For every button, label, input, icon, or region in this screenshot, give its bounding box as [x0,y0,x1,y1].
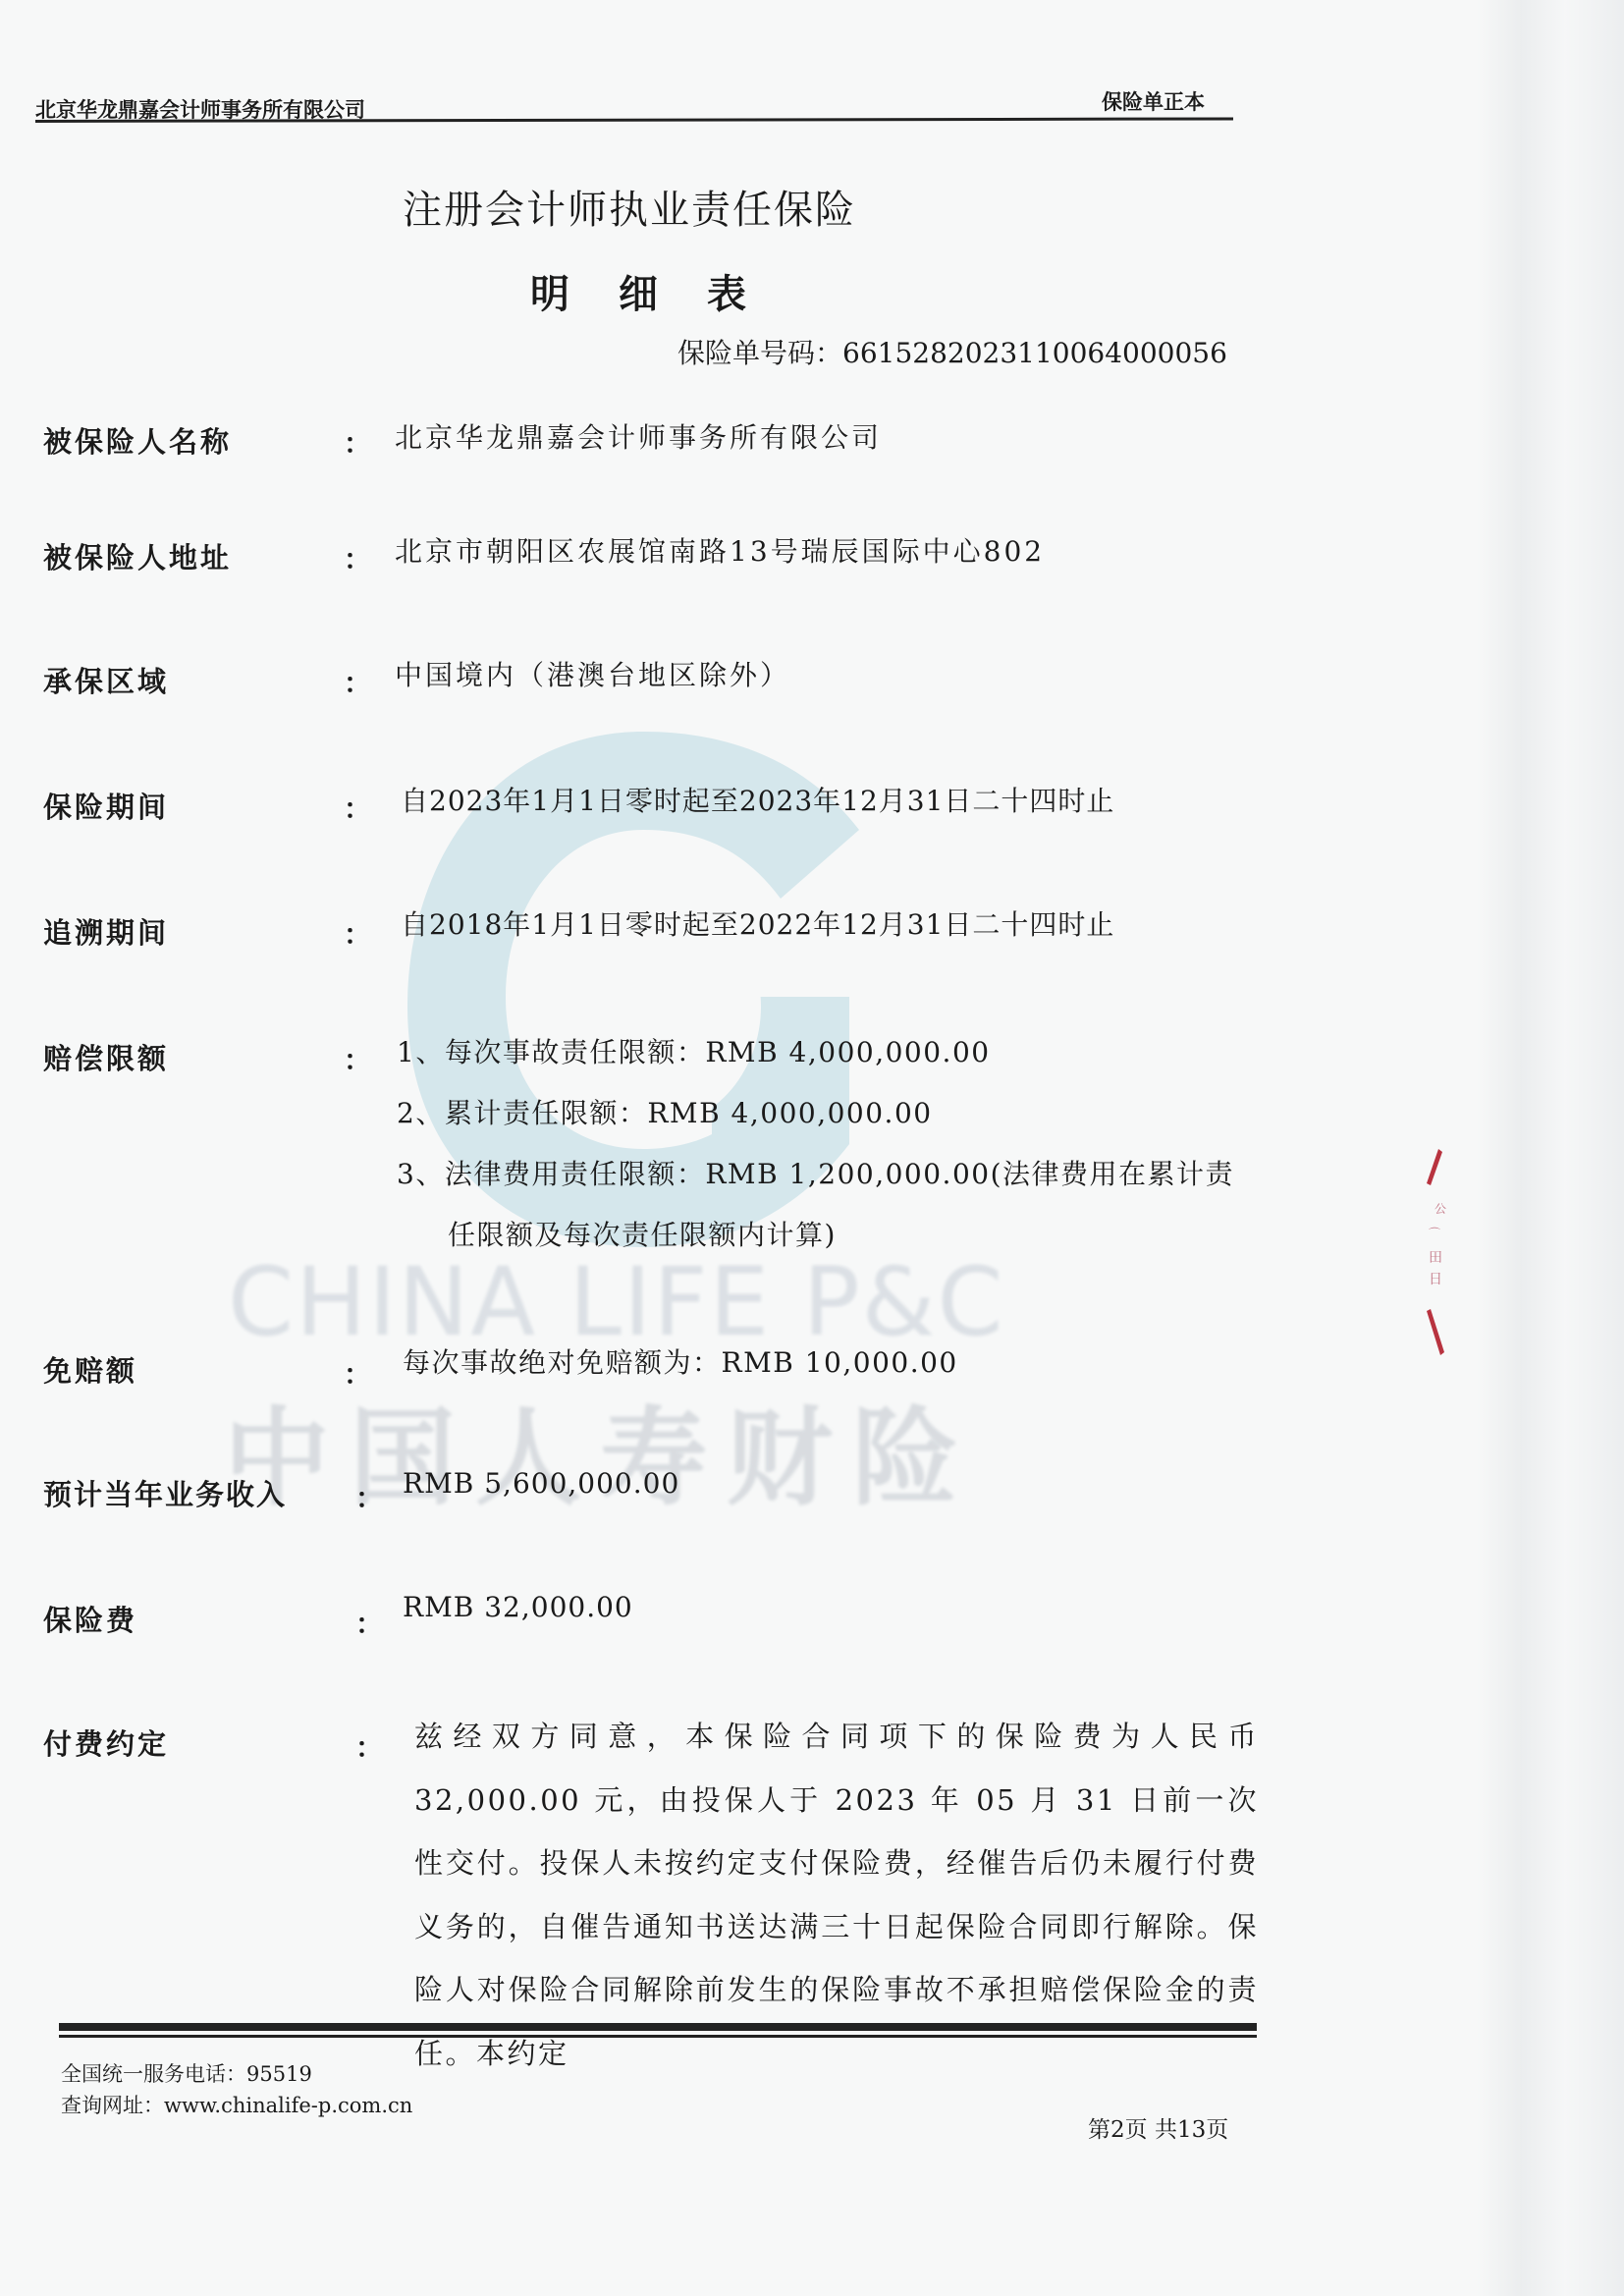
field-colon: ： [355,1477,383,1516]
policy-number-value: 6615282023110064000056 [842,337,1227,369]
field-value-insurance-period: 自2023年1月1日零时起至2023年12月31日二十四时止 [401,780,1114,819]
field-label-payment-terms: 付费约定 [43,1722,169,1763]
watermark-chinese: 中国人寿财险 [224,1373,978,1525]
field-value-premium: RMB 32,000.00 [403,1591,633,1623]
svg-text:⌒: ⌒ [1429,1227,1440,1240]
field-label-insured-address: 被保险人地址 [43,536,232,576]
field-label-insurance-period: 保险期间 [43,786,169,826]
field-label-retroactive-period: 追溯期间 [43,911,169,952]
page-number: 第2页 共13页 [1088,2111,1228,2144]
field-colon: ： [355,1603,383,1642]
field-value-insured-name: 北京华龙鼎嘉会计师事务所有限公司 [395,416,882,456]
field-label-insured-name: 被保险人名称 [43,420,232,461]
field-colon: ： [344,1039,371,1078]
document-subtitle: 明细表 [530,263,795,319]
footer-divider-thin [59,2035,1257,2038]
field-value-insured-address: 北京市朝阳区农展馆南路13号瑞辰国际中心802 [395,530,1045,570]
policy-number-line: 保险单号码：6615282023110064000056 [677,332,1227,371]
footer-website: 查询网址：www.chinalife-p.com.cn [61,2090,412,2119]
field-value-coverage-territory: 中国境内（港澳台地区除外） [395,654,790,693]
field-colon: ： [344,662,371,701]
field-value-estimated-revenue: RMB 5,600,000.00 [403,1467,679,1500]
policy-page: CHINA LIFE P&C 中国人寿财险 北京华龙鼎嘉会计师事务所有限公司 保… [0,0,1624,2296]
seam-seal-stamp-icon: 公 ⌒ 田 日 [1419,1144,1458,1360]
limit-line-per-claim: 1、每次事故责任限额：RMB 4,000,000.00 [397,1031,991,1070]
field-colon: ： [344,422,371,462]
field-label-coverage-territory: 承保区域 [43,660,169,700]
field-label-premium: 保险费 [43,1599,137,1639]
limit-line-legal-costs: 3、法律费用责任限额：RMB 1,200,000.00(法律费用在累计责 [397,1153,1234,1192]
field-colon: ： [344,538,371,577]
header-doc-type: 保险单正本 [1102,86,1205,116]
footer-hotline: 全国统一服务电话：95519 [61,2058,312,2088]
scan-edge-shadow [1477,0,1624,2296]
limit-line-legal-costs-cont: 任限额及每次责任限额内计算) [448,1214,837,1253]
field-value-deductible: 每次事故绝对免赔额为：RMB 10,000.00 [403,1341,958,1381]
svg-text:公: 公 [1435,1202,1446,1216]
svg-text:日: 日 [1429,1272,1442,1287]
field-colon: ： [344,913,371,953]
field-label-estimated-revenue: 预计当年业务收入 [43,1473,287,1513]
field-colon: ： [344,788,371,827]
footer-divider-thick [59,2023,1257,2031]
limit-line-aggregate: 2、累计责任限额：RMB 4,000,000.00 [397,1092,933,1131]
policy-number-label: 保险单号码： [677,337,842,369]
field-label-deductible: 免赔额 [43,1349,137,1390]
field-label-limits-of-indemnity: 赔偿限额 [43,1037,169,1077]
svg-text:田: 田 [1429,1250,1442,1266]
field-colon: ： [355,1726,383,1766]
field-colon: ： [344,1353,371,1393]
document-title: 注册会计师执业责任保险 [403,179,856,235]
field-value-retroactive-period: 自2018年1月1日零时起至2022年12月31日二十四时止 [401,903,1114,943]
